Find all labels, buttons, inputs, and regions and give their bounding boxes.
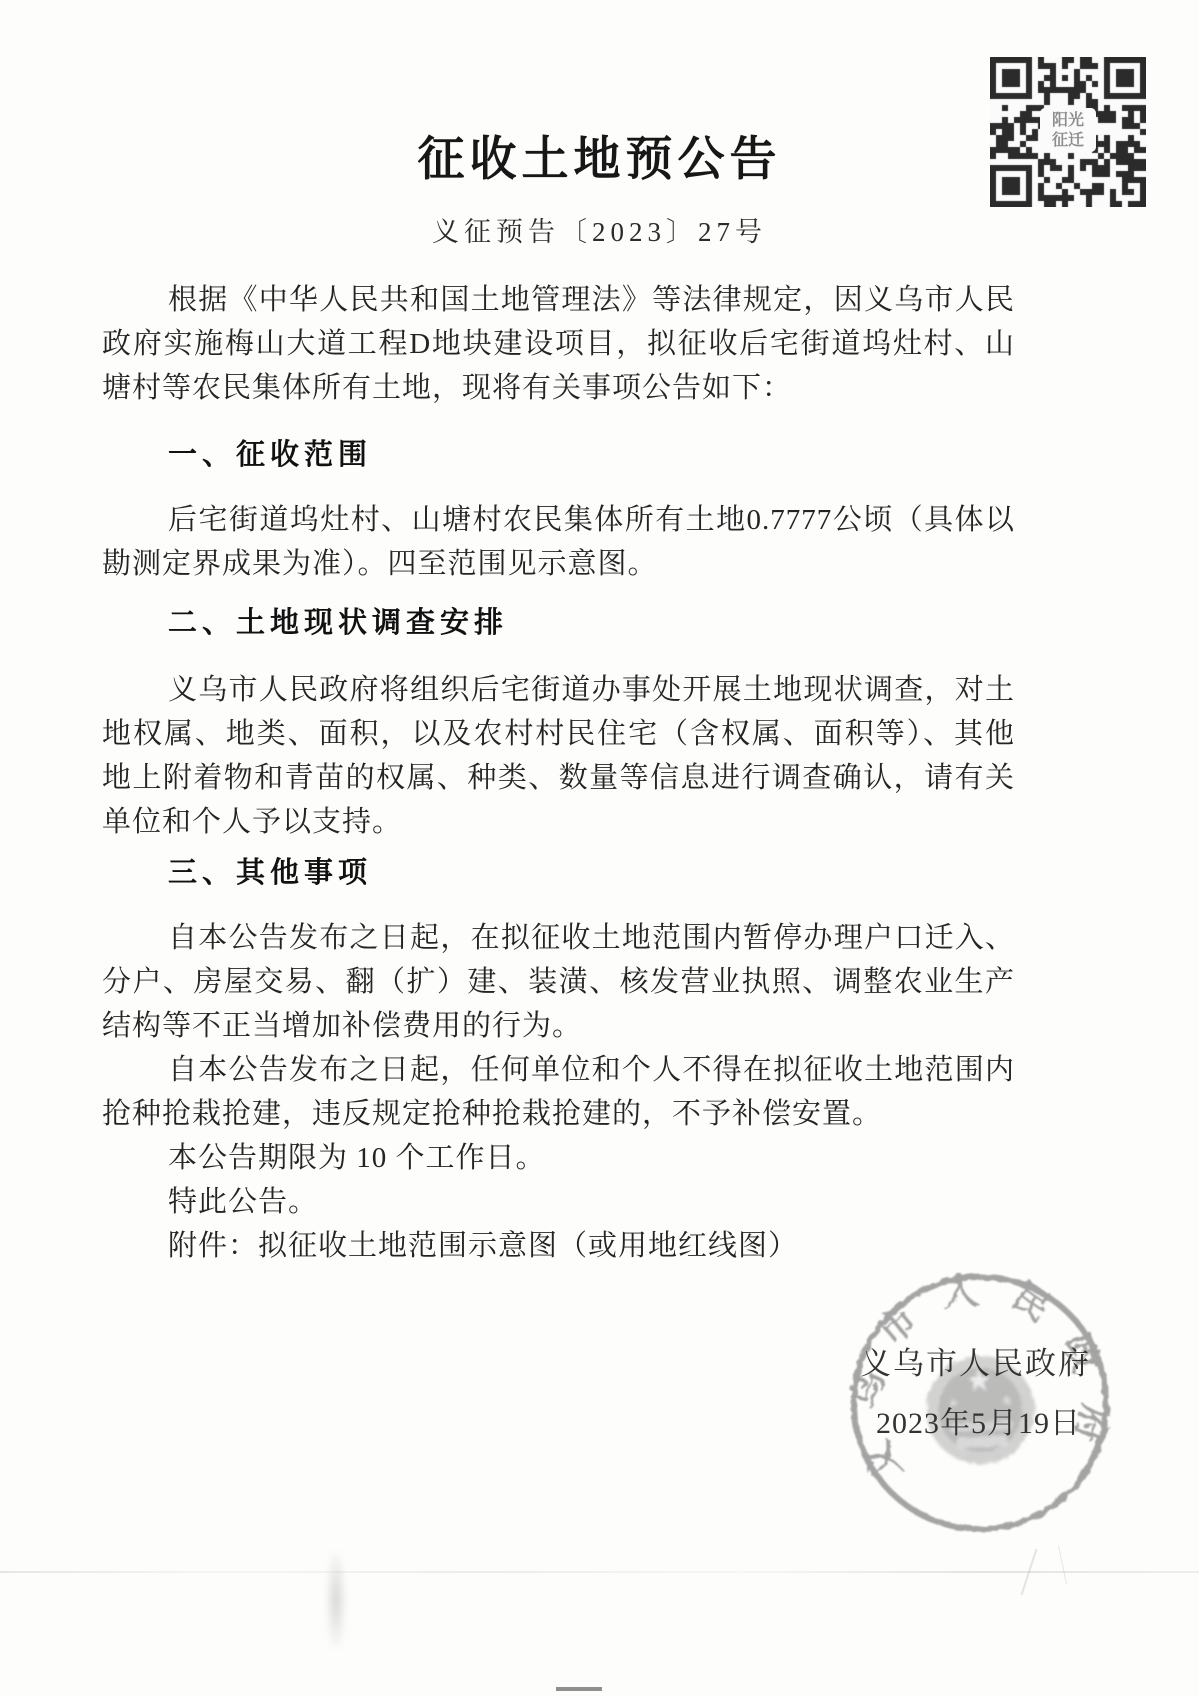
scan-artifact-dash (556, 1687, 602, 1691)
page-title: 征收土地预公告 (0, 122, 1199, 189)
section1-paragraph: 后宅街道坞灶村、山塘村农民集体所有土地0.7777公顷（具体以勘测定界成果为准）… (102, 498, 1015, 586)
section3-paragraph1: 自本公告发布之日起，在拟征收土地范围内暂停办理户口迁入、分户、房屋交易、翻（扩）… (102, 916, 1015, 1048)
document-body: 根据《中华人民共和国土地管理法》等法律规定，因义乌市人民政府实施梅山大道工程D地… (102, 278, 1015, 1268)
scan-artifact-line (0, 1571, 1199, 1573)
scan-artifact-smudge (326, 1552, 346, 1648)
section3-heading: 三、其他事项 (102, 850, 1015, 894)
section2-paragraph: 义乌市人民政府将组织后宅街道办事处开展土地现状调查，对土地权属、地类、面积，以及… (102, 668, 1015, 844)
notice-period-line: 本公告期限为 10 个工作日。 (102, 1136, 1015, 1180)
section2-heading: 二、土地现状调查安排 (102, 600, 1015, 644)
hereby-announced-line: 特此公告。 (102, 1180, 1015, 1224)
section1-heading: 一、征收范围 (102, 432, 1015, 476)
section3-paragraph2: 自本公告发布之日起，任何单位和个人不得在拟征收土地范围内抢种抢栽抢建，违反规定抢… (102, 1048, 1015, 1136)
signature-issuer: 义乌市人民政府 (860, 1338, 1091, 1383)
signature-date: 2023年5月19日 (876, 1398, 1081, 1442)
document-number: 义征预告〔2023〕27号 (0, 210, 1199, 249)
scanned-announcement-page: 阳光 征迁 征收土地预公告 义征预告〔2023〕27号 根据《中华人民共和国土地… (0, 0, 1199, 1696)
intro-paragraph: 根据《中华人民共和国土地管理法》等法律规定，因义乌市人民政府实施梅山大道工程D地… (102, 278, 1015, 410)
